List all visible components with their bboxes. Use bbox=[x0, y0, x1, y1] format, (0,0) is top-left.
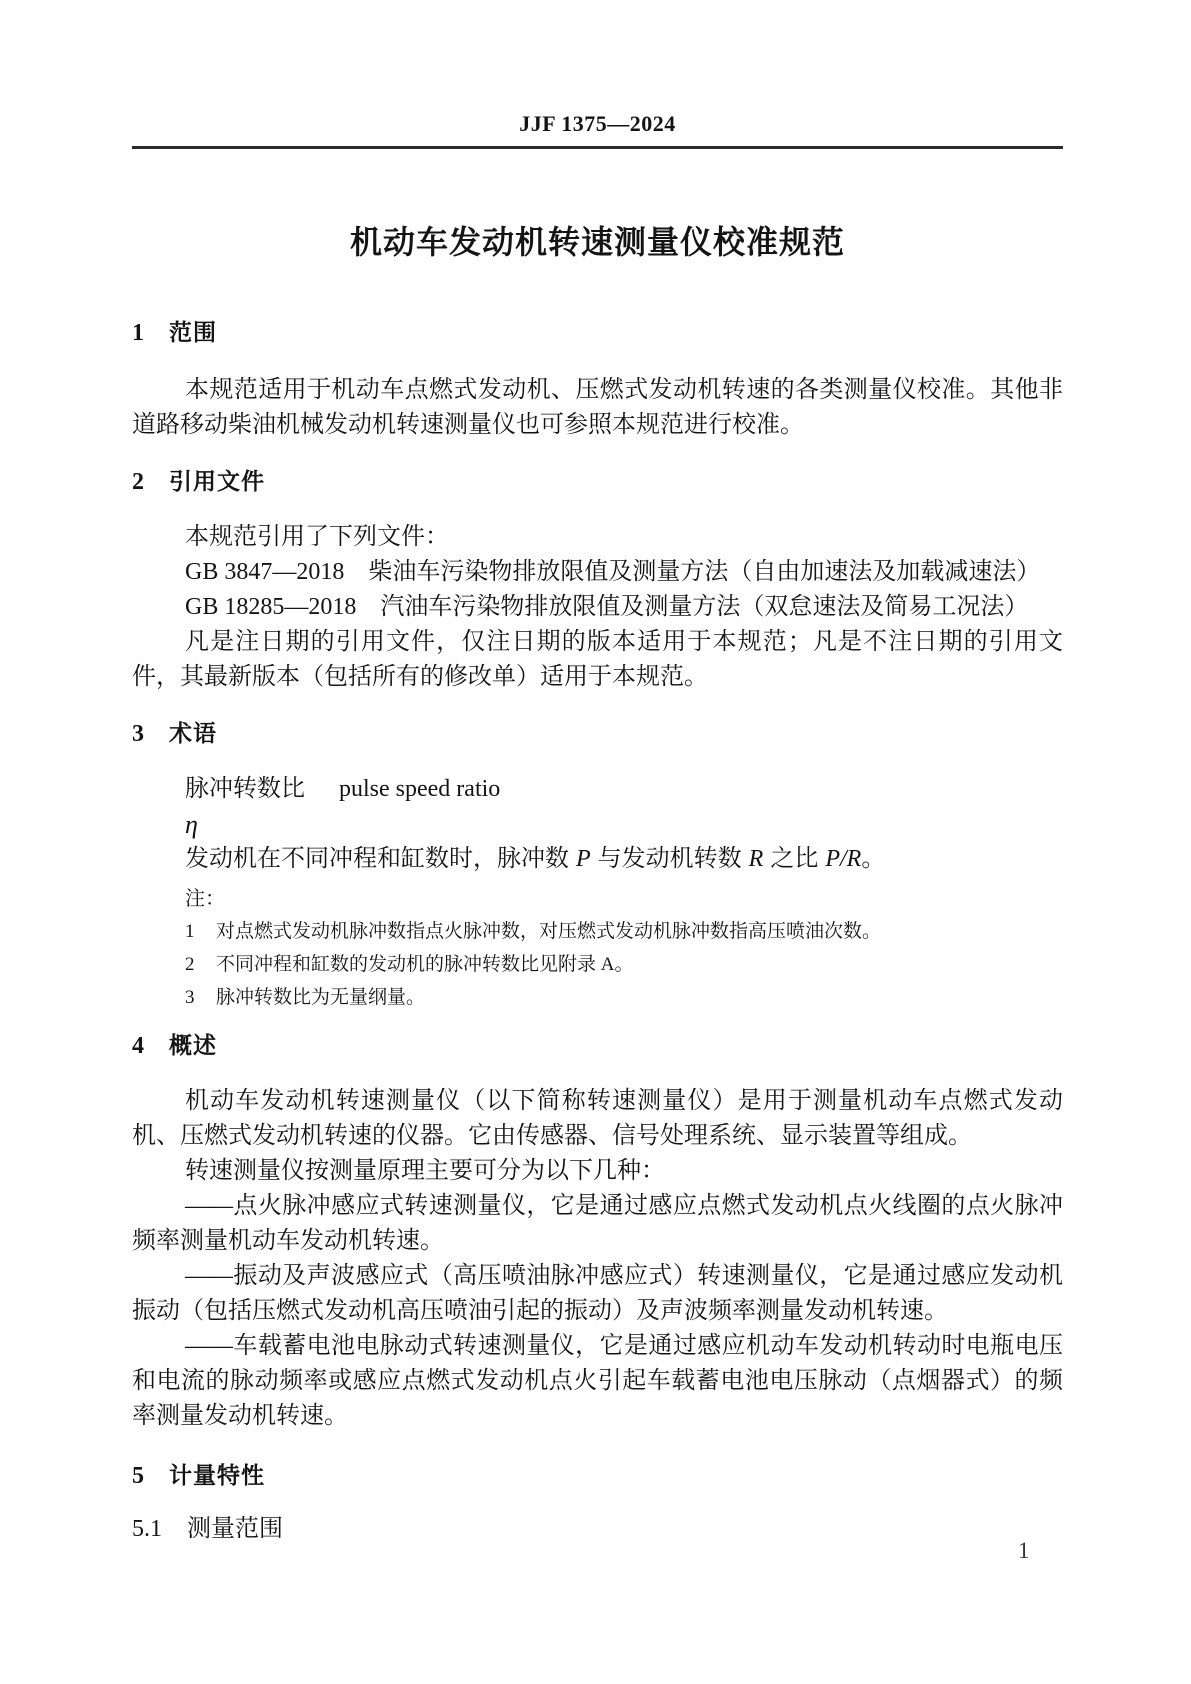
document-page: JJF 1375—2024 机动车发动机转速测量仪校准规范 1范围 本规范适用于… bbox=[0, 0, 1191, 1684]
term-name-cn: 脉冲转数比 bbox=[185, 776, 305, 802]
definition-text: 与发动机转数 bbox=[598, 846, 742, 872]
doc-number: JJF 1375—2024 bbox=[132, 0, 1063, 138]
section-title: 计量特性 bbox=[169, 1462, 265, 1488]
scope-paragraph: 本规范适用于机动车点燃式发动机、压燃式发动机转速的各类测量仪校准。其他非道路移动… bbox=[132, 373, 1063, 443]
note-item-1: 1对点燃式发动机脉冲数指点火脉冲数，对压燃式发动机脉冲数指高压喷油次数。 bbox=[132, 915, 1063, 948]
overview-paragraph-3: ——点火脉冲感应式转速测量仪，它是通过感应点燃式发动机点火线圈的点火脉冲频率测量… bbox=[132, 1189, 1063, 1259]
section-2-heading: 2引用文件 bbox=[132, 465, 1063, 498]
section-title: 概述 bbox=[169, 1032, 217, 1058]
section-number: 1 bbox=[132, 320, 145, 346]
section-title: 术语 bbox=[169, 720, 217, 746]
term-definition: 发动机在不同冲程和缸数时，脉冲数P与发动机转数R之比P/R。 bbox=[132, 842, 1063, 877]
variable-ratio: P/R bbox=[825, 846, 861, 872]
notes-label: 注： bbox=[132, 883, 1063, 915]
overview-paragraph-1: 机动车发动机转速测量仪（以下简称转速测量仪）是用于测量机动车点燃式发动机、压燃式… bbox=[132, 1084, 1063, 1154]
section-5-heading: 5计量特性 bbox=[132, 1459, 1063, 1492]
section-number: 4 bbox=[132, 1033, 145, 1059]
page-content: JJF 1375—2024 机动车发动机转速测量仪校准规范 1范围 本规范适用于… bbox=[0, 0, 1191, 1547]
dated-references-note: 凡是注日期的引用文件，仅注日期的版本适用于本规范；凡是不注日期的引用文件，其最新… bbox=[132, 625, 1063, 695]
overview-paragraph-5: ——车载蓄电池电脉动式转速测量仪，它是通过感应机动车发动机转动时电瓶电压和电流的… bbox=[132, 1329, 1063, 1434]
section-number: 2 bbox=[132, 469, 145, 495]
note-number: 1 bbox=[185, 915, 216, 948]
subsection-title: 测量范围 bbox=[187, 1516, 283, 1542]
variable-p: P bbox=[576, 846, 591, 872]
section-title: 引用文件 bbox=[169, 468, 265, 494]
section-3-heading: 3术语 bbox=[132, 717, 1063, 750]
section-1-heading: 1范围 bbox=[132, 316, 1063, 349]
section-4-heading: 4概述 bbox=[132, 1029, 1063, 1062]
term-name-en: pulse speed ratio bbox=[339, 776, 500, 802]
definition-text: 之比 bbox=[770, 846, 818, 872]
note-item-2: 2不同冲程和缸数的发动机的脉冲转数比见附录 A。 bbox=[132, 948, 1063, 981]
variable-r: R bbox=[749, 846, 764, 872]
page-number: 1 bbox=[1018, 1538, 1030, 1564]
overview-paragraph-2: 转速测量仪按测量原理主要可分为以下几种： bbox=[132, 1154, 1063, 1189]
section-number: 5 bbox=[132, 1463, 145, 1489]
note-item-3: 3脉冲转数比为无量纲量。 bbox=[132, 981, 1063, 1014]
definition-text: 。 bbox=[861, 846, 885, 872]
note-text: 对点燃式发动机脉冲数指点火脉冲数，对压燃式发动机脉冲数指高压喷油次数。 bbox=[216, 921, 881, 942]
note-number: 2 bbox=[185, 948, 216, 981]
note-text: 脉冲转数比为无量纲量。 bbox=[216, 987, 425, 1008]
section-title: 范围 bbox=[169, 319, 217, 345]
term-line: 脉冲转数比pulse speed ratio bbox=[132, 772, 1063, 807]
header-rule bbox=[132, 146, 1063, 149]
note-text: 不同冲程和缸数的发动机的脉冲转数比见附录 A。 bbox=[216, 954, 633, 975]
subsection-5-1-heading: 5.1测量范围 bbox=[132, 1512, 1063, 1547]
section-number: 3 bbox=[132, 721, 145, 747]
references-intro: 本规范引用了下列文件： bbox=[132, 520, 1063, 555]
doc-title: 机动车发动机转速测量仪校准规范 bbox=[132, 222, 1063, 263]
subsection-number: 5.1 bbox=[132, 1516, 162, 1542]
definition-text: 发动机在不同冲程和缸数时，脉冲数 bbox=[185, 846, 569, 872]
note-number: 3 bbox=[185, 981, 216, 1014]
term-symbol: η bbox=[132, 807, 1063, 842]
reference-item-1: GB 3847—2018 柴油车污染物排放限值及测量方法（自由加速法及加载减速法… bbox=[132, 555, 1063, 590]
overview-paragraph-4: ——振动及声波感应式（高压喷油脉冲感应式）转速测量仪，它是通过感应发动机振动（包… bbox=[132, 1259, 1063, 1329]
reference-item-2: GB 18285—2018 汽油车污染物排放限值及测量方法（双怠速法及简易工况法… bbox=[132, 590, 1063, 625]
